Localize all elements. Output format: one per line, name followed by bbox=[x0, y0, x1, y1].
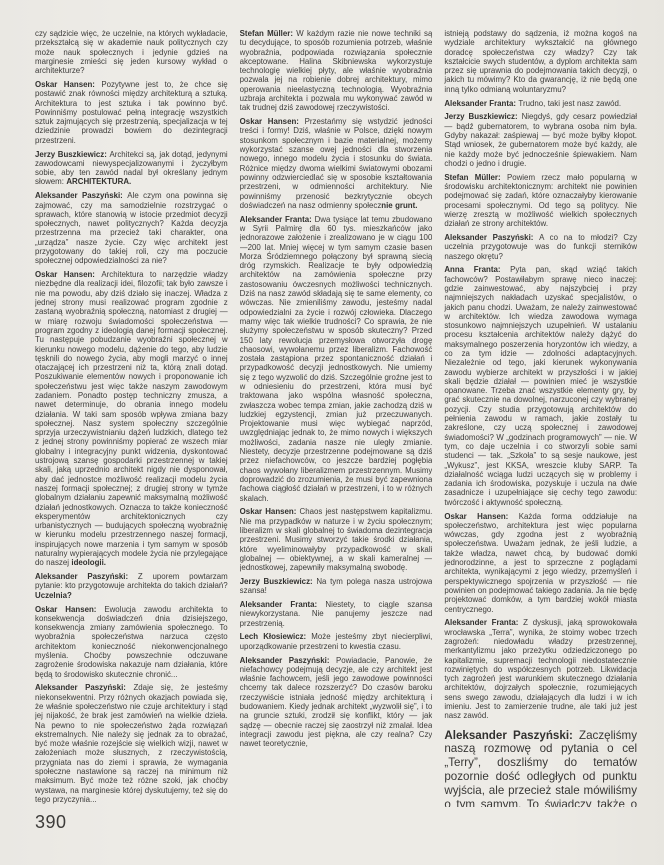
speaker-name: Stefan Müller: bbox=[444, 173, 507, 182]
speaker-name: Oskar Hansen: bbox=[240, 117, 305, 126]
body-text: Trudno, taki jest nasz zawód. bbox=[518, 99, 621, 108]
paragraph: Aleksander Paszyński: Ale czym ona powin… bbox=[35, 191, 228, 265]
paragraph: czy sądzicie więc, że uczelnie, na który… bbox=[35, 29, 228, 75]
speaker-name: Aleksander Franta: bbox=[240, 215, 315, 224]
paragraph: Stefan Müller: W każdym razie nie nowe t… bbox=[240, 29, 433, 113]
speaker-name: Jerzy Buszkiewicz: bbox=[240, 577, 317, 586]
speaker-name: Oskar Hansen: bbox=[35, 270, 101, 279]
speaker-name: Oskar Hansen: bbox=[444, 512, 518, 521]
speaker-name: Aleksander Franta: bbox=[444, 618, 523, 627]
column-1: czy sądzicie więc, że uczelnie, na który… bbox=[35, 29, 228, 807]
emphasis-text: nie grunt. bbox=[381, 201, 417, 210]
paragraph: Aleksander Franta: Trudno, taki jest nas… bbox=[444, 99, 637, 108]
paragraph: Oskar Hansen: Pozytywne jest to, że chce… bbox=[35, 80, 228, 145]
paragraph: Jerzy Buszkiewicz: Architekci są, jak do… bbox=[35, 150, 228, 187]
column-2: Stefan Müller: W każdym razie nie nowe t… bbox=[240, 29, 433, 807]
paragraph: Oskar Hansen: Architektura to narzędzie … bbox=[35, 270, 228, 568]
speaker-name: Aleksander Paszyński: bbox=[444, 729, 579, 742]
body-text: Dwa tysiące lat temu zbudowano w Syrii P… bbox=[240, 215, 433, 503]
body-text: Przestańmy się wstydzić jedności treści … bbox=[240, 117, 433, 210]
paragraph: Stefan Müller: Powiem rzecz mało popular… bbox=[444, 173, 637, 229]
body-text: Ewolucja zawodu architekta to konsekwenc… bbox=[35, 605, 228, 679]
speaker-name: Aleksander Franta: bbox=[444, 99, 518, 108]
paragraph: Aleksander Paszyński: Z uporem powtarzam… bbox=[35, 572, 228, 600]
paragraph: Oskar Hansen: Chaos jest następstwem kap… bbox=[240, 507, 433, 572]
column-3: istnieją podstawy do sądzenia, iż można … bbox=[444, 29, 637, 807]
body-text: Architektura to narzędzie władzy niezbęd… bbox=[35, 270, 228, 567]
paragraph: Aleksander Franta: Z dyskusji, jaką spro… bbox=[444, 618, 637, 720]
speaker-name: Stefan Müller: bbox=[240, 29, 297, 38]
paragraph: Aleksander Franta: Dwa tysiące lat temu … bbox=[240, 215, 433, 503]
paragraph: Oskar Hansen: Przestańmy się wstydzić je… bbox=[240, 117, 433, 210]
paragraph: istnieją podstawy do sądzenia, iż można … bbox=[444, 29, 637, 94]
paragraph: Anna Franta: Pyta pan, skąd wziąć takich… bbox=[444, 265, 637, 507]
body-text: Ale czym ona powinna się zajmować, czy m… bbox=[35, 191, 228, 265]
emphasis-text: ideologii. bbox=[71, 558, 106, 567]
paragraph: Jerzy Buszkiewicz: Na tym polega nasza u… bbox=[240, 577, 433, 596]
body-text: Chaos jest następstwem kapitalizmu. Nie … bbox=[240, 507, 433, 572]
body-text: Pozytywne jest to, że chce się postawić … bbox=[35, 80, 228, 145]
paragraph: Aleksander Paszyński: Powiadacie, Panowi… bbox=[240, 656, 433, 749]
paragraph: Oskar Hansen: Ewolucja zawodu architekta… bbox=[35, 605, 228, 679]
speaker-name: Aleksander Paszyński: bbox=[35, 572, 138, 581]
body-text: W każdym razie nie nowe techniki są tu d… bbox=[240, 29, 433, 112]
paragraph: Aleksander Paszyński: Zdaje się, że jest… bbox=[35, 683, 228, 804]
body-text: Powiem rzecz mało popularną w środowisku… bbox=[444, 173, 637, 228]
speaker-name: Aleksander Paszyński: bbox=[35, 191, 127, 200]
speaker-name: Anna Franta: bbox=[444, 265, 510, 274]
paragraph: Aleksander Paszyński: A co na to młodzi?… bbox=[444, 233, 637, 261]
speaker-name: Jerzy Buszkiewicz: bbox=[444, 112, 521, 121]
page-number: 390 bbox=[35, 812, 67, 833]
speaker-name: Aleksander Paszyński: bbox=[240, 656, 336, 665]
speaker-name: Aleksander Franta: bbox=[240, 600, 326, 609]
body-text: Każda forma oddziałuje na społeczeństwo,… bbox=[444, 512, 637, 614]
speaker-name: Oskar Hansen: bbox=[35, 605, 104, 614]
speaker-name: Oskar Hansen: bbox=[240, 507, 300, 516]
body-text: czy sądzicie więc, że uczelnie, na który… bbox=[35, 29, 228, 75]
body-text: Niegdyś, gdy cesarz powiedział — bądź gu… bbox=[444, 112, 637, 167]
paragraph: Jerzy Buszkiewicz: Niegdyś, gdy cesarz p… bbox=[444, 112, 637, 168]
speaker-name: Lech Kłosiewicz: bbox=[240, 632, 312, 641]
paragraph: Lech Kłosiewicz: Może jesteśmy zbyt niec… bbox=[240, 632, 433, 651]
paragraph: Oskar Hansen: Każda forma oddziałuje na … bbox=[444, 512, 637, 614]
body-text: Z dyskusji, jaką sprowokowała wrocławska… bbox=[444, 618, 637, 720]
body-text: Powiadacie, Panowie, że niefachowcy pode… bbox=[240, 656, 433, 749]
body-text: Pyta pan, skąd wziąć takich fachowców? P… bbox=[444, 265, 637, 506]
emphasis-text: ARCHITEKTURA. bbox=[66, 177, 131, 186]
paragraph: Aleksander Franta: Niestety, to ciągle s… bbox=[240, 600, 433, 628]
body-text: Zdaje się, że jesteśmy niekonsekwentni. … bbox=[35, 683, 228, 804]
paragraph: Aleksander Paszyński: Zaczęliśmy naszą r… bbox=[444, 729, 637, 807]
speaker-name: Aleksander Paszyński: bbox=[35, 683, 133, 692]
text-columns: czy sądzicie więc, że uczelnie, na który… bbox=[35, 29, 637, 807]
emphasis-text: Uczelnia? bbox=[35, 591, 72, 600]
speaker-name: Aleksander Paszyński: bbox=[444, 233, 539, 242]
speaker-name: Oskar Hansen: bbox=[35, 80, 101, 89]
speaker-name: Jerzy Buszkiewicz: bbox=[35, 150, 109, 159]
body-text: istnieją podstawy do sądzenia, iż można … bbox=[444, 29, 637, 94]
magazine-page: czy sądzicie więc, że uczelnie, na który… bbox=[0, 0, 664, 865]
